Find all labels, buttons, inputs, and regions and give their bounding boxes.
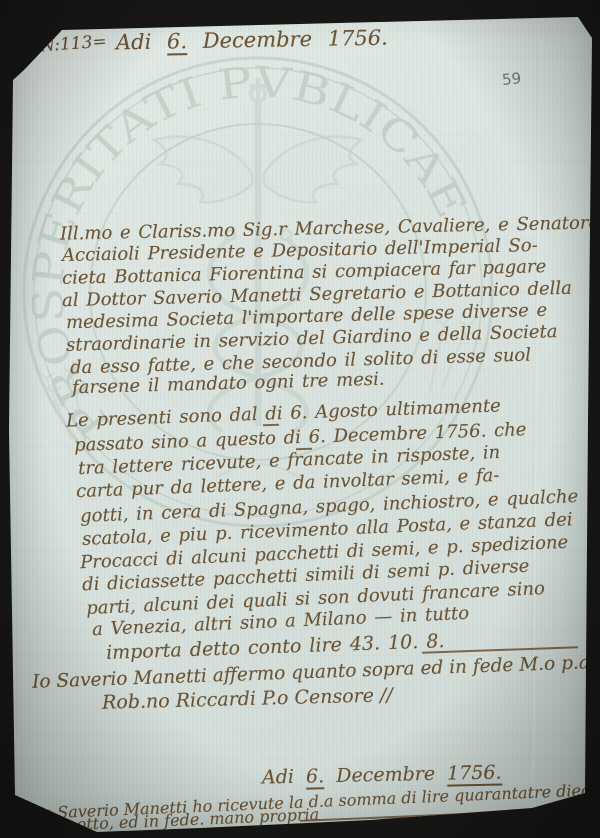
- footer-date-month: Decembre: [336, 763, 435, 787]
- header-date-month: Decembre: [203, 27, 313, 53]
- header-date: Adi 6. Decembre 1756.: [116, 26, 388, 55]
- header-date-year: 1756.: [327, 26, 388, 51]
- folio-number: 59: [501, 69, 522, 89]
- footer-date-day: 6.: [306, 765, 325, 789]
- header-date-prefix: Adi: [116, 30, 152, 55]
- manuscript-page: PROSPERITATI PVBLICAE: [0, 0, 600, 838]
- footer-date-year: 1756.: [447, 761, 502, 786]
- header-date-day: 6.: [167, 29, 187, 55]
- footer-date: Adi 6. Decembre 1756.: [262, 761, 502, 788]
- footer-date-prefix: Adi: [262, 766, 294, 789]
- photograph-backdrop: PROSPERITATI PVBLICAE: [0, 0, 600, 838]
